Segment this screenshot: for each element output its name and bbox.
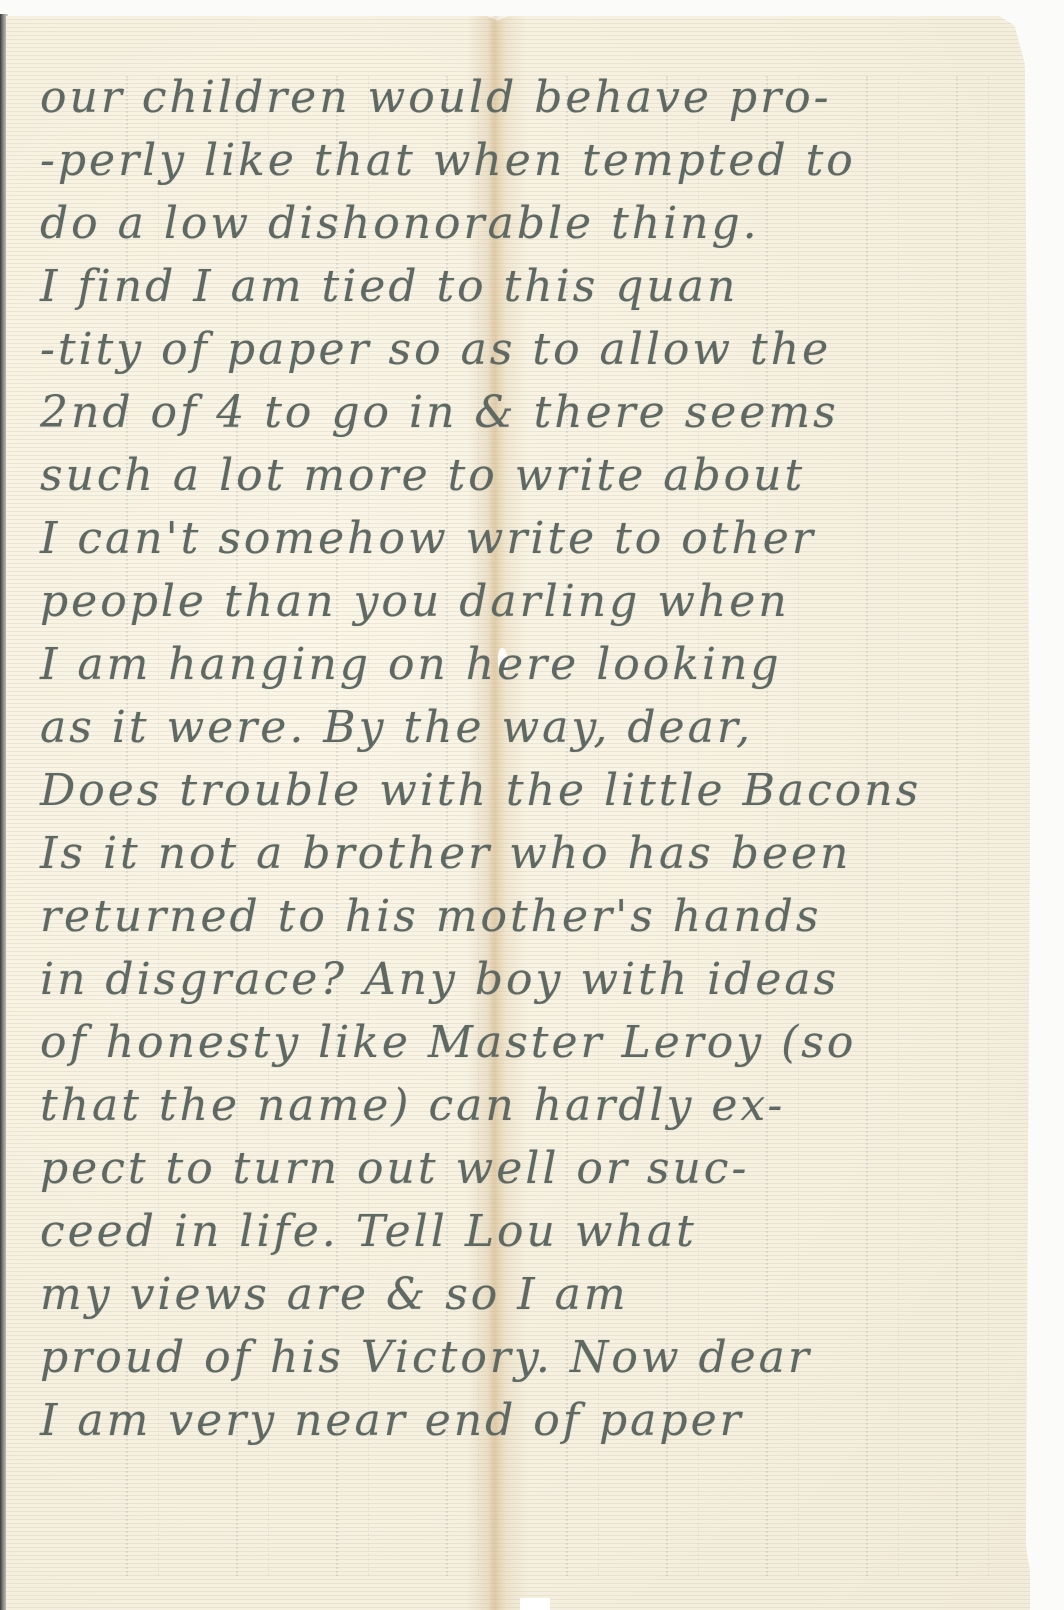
letter-body: our children would behave pro- -perly li… (40, 66, 1030, 1452)
letter-line: people than you darling when (40, 570, 1030, 633)
letter-line: pect to turn out well or suc- (40, 1137, 1030, 1200)
letter-line: Does trouble with the little Bacons (40, 759, 1030, 822)
letter-line: 2nd of 4 to go in & there seems (40, 381, 1030, 444)
paper-notch (520, 1598, 550, 1610)
letter-line: do a low dishonorable thing. (40, 192, 1030, 255)
letter-line: returned to his mother's hands (40, 885, 1030, 948)
letter-line: proud of his Victory. Now dear (40, 1326, 1030, 1389)
letter-line: I am very near end of paper (40, 1389, 1030, 1452)
letter-line: my views are & so I am (40, 1263, 1030, 1326)
letter-line: in disgrace? Any boy with ideas (40, 948, 1030, 1011)
letter-line: such a lot more to write about (40, 444, 1030, 507)
letter-line: I am hanging on here looking (40, 633, 1030, 696)
letter-line: that the name) can hardly ex- (40, 1074, 1030, 1137)
letter-line: our children would behave pro- (40, 66, 1030, 129)
letter-line: I can't somehow write to other (40, 507, 1030, 570)
letter-line: ceed in life. Tell Lou what (40, 1200, 1030, 1263)
letter-line: as it were. By the way, dear, (40, 696, 1030, 759)
letter-line: I find I am tied to this quan (40, 255, 1030, 318)
letter-line: Is it not a brother who has been (40, 822, 1030, 885)
letter-line: -tity of paper so as to allow the (40, 318, 1030, 381)
letter-line: of honesty like Master Leroy (so (40, 1011, 1030, 1074)
letter-line: -perly like that when tempted to (40, 129, 1030, 192)
